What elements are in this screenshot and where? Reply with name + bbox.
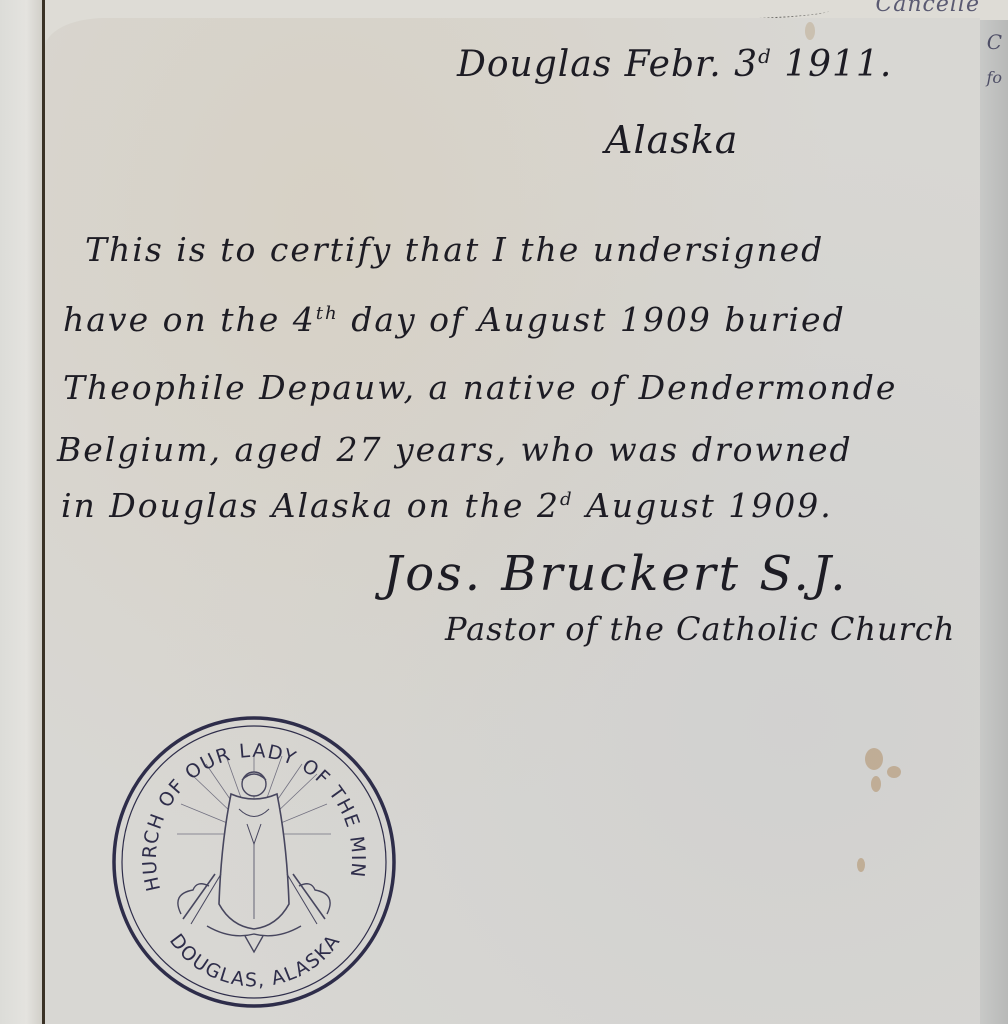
body-line-1: This is to certify that I the undersigne…: [85, 230, 824, 269]
certificate-page: Douglas Febr. 3d 1911. Alaska This is to…: [45, 18, 980, 1024]
body-line-4: Belgium, aged 27 years, who was drowned: [57, 430, 853, 469]
body-line-3: Theophile Depauw, a native of Dendermond…: [63, 368, 897, 407]
foxing-stain: [871, 776, 881, 792]
signature: Jos. Bruckert S.J.: [383, 546, 849, 602]
adjacent-right-sheet: C fo: [978, 20, 1008, 1024]
body-line-2: have on the 4th day of August 1909 burie…: [63, 300, 846, 339]
foxing-stain: [857, 858, 865, 872]
signature-title: Pastor of the Catholic Church: [445, 610, 955, 648]
adjacent-left-page: [0, 0, 44, 1024]
church-seal-stamp: CHURCH OF OUR LADY OF THE MINES DOUGLAS,…: [111, 714, 397, 1010]
body-line-5: in Douglas Alaska on the 2d August 1909.: [61, 486, 833, 525]
certificate-place: Alaska: [605, 118, 738, 162]
seal-graphic: CHURCH OF OUR LADY OF THE MINES DOUGLAS,…: [111, 714, 397, 1010]
right-edge-fragment-a: C: [987, 30, 1002, 54]
foxing-stain: [865, 748, 883, 770]
underlying-sheet-text: Cancelle: [875, 0, 980, 17]
foxing-stain: [887, 766, 901, 778]
foxing-stain: [805, 22, 815, 40]
right-edge-fragment-b: fo: [986, 68, 1002, 87]
certificate-date: Douglas Febr. 3d 1911.: [457, 44, 892, 85]
madonna-figure-icon: [177, 754, 331, 952]
